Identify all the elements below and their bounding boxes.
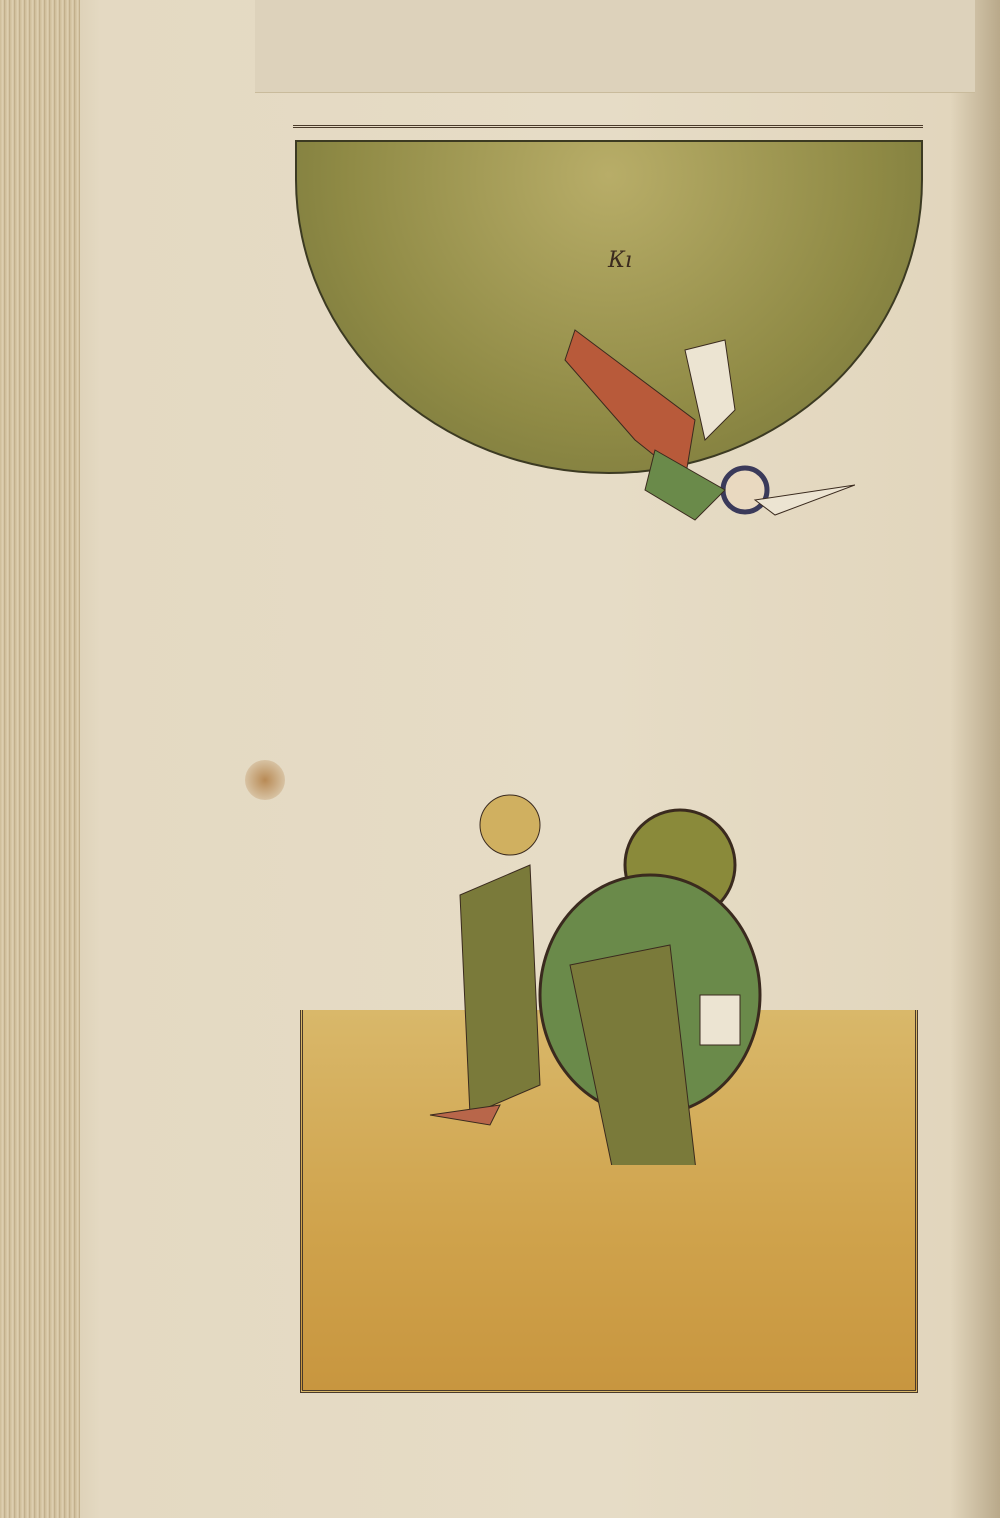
stain-spot (245, 760, 285, 800)
manuscript-page: Кı (0, 0, 1000, 1518)
illustration-label: Кı (608, 248, 632, 273)
illustration-apostle-angel (300, 785, 912, 1165)
page-edges (0, 0, 80, 1518)
figures (300, 785, 912, 1165)
descending-angel-figure (555, 300, 855, 550)
paper-repair-strip (255, 0, 975, 93)
